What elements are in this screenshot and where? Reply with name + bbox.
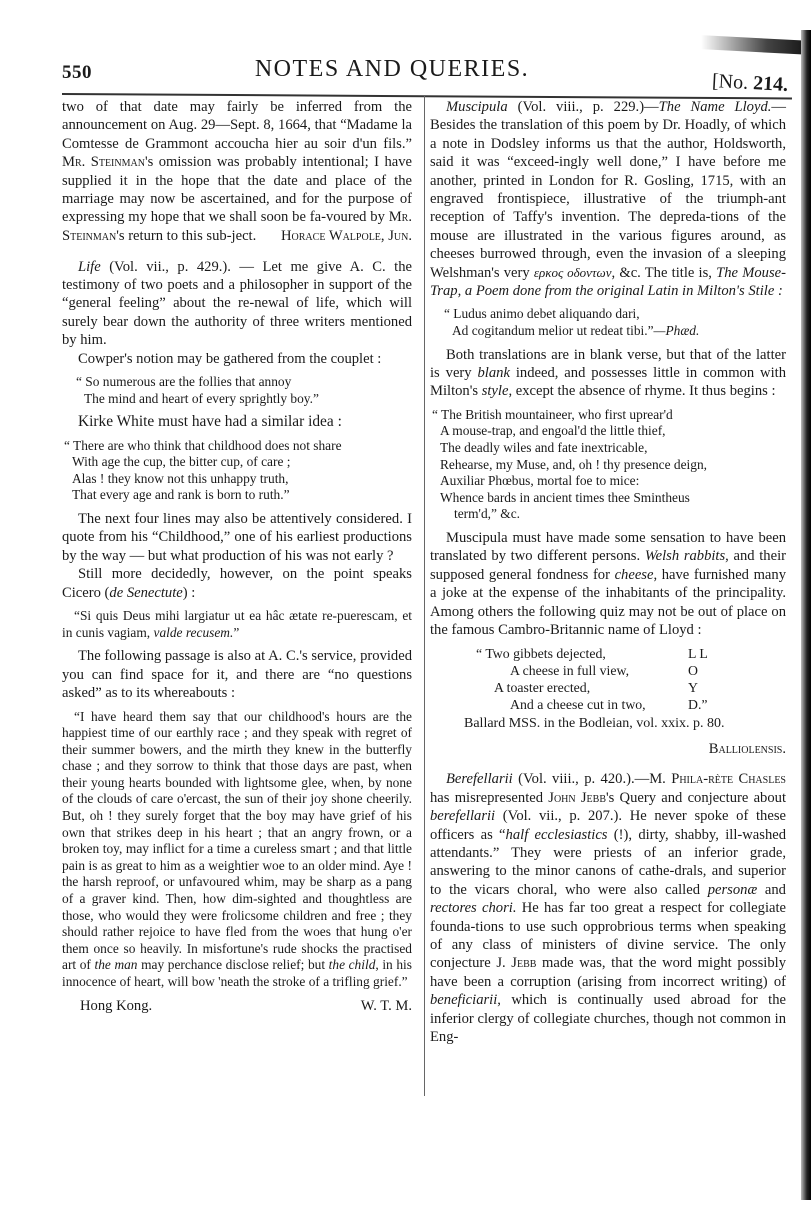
text: ” [233, 625, 239, 640]
berefellarii-article: Berefellarii (Vol. viii., p. 420.).—M. P… [430, 770, 786, 1046]
page-header: 550 NOTES AND QUERIES. [No. 214. [62, 56, 798, 92]
article-title: Muscipula [446, 99, 508, 115]
quiz-row: A cheese in full view,O [476, 662, 786, 679]
text: , except the absence of rhyme. It thus b… [508, 383, 775, 399]
text: has misrepresented [430, 790, 548, 806]
verse-line: With age the cup, the bitter cup, of car… [64, 454, 412, 471]
english-verse: “ The British mountaineer, who first upr… [432, 407, 786, 523]
text: Welsh rabbits [645, 548, 725, 564]
text: beneficiarii [430, 992, 497, 1008]
life-article-intro: Life (Vol. vii., p. 429.). — Let me give… [62, 258, 412, 350]
text: the child [329, 957, 376, 972]
kirke-intro: Kirke White must have had a similar idea… [62, 413, 412, 431]
page-curl-shadow [701, 35, 811, 55]
signature-row: Hong Kong. W. T. M. [62, 997, 412, 1015]
verse-line: Rehearse, my Muse, and, oh ! thy presenc… [432, 457, 786, 474]
issue-prefix: [No. [711, 70, 748, 94]
article-title: Life [78, 259, 101, 275]
verse-attribution: —Phæd. [654, 323, 700, 338]
issue-value: 214. [752, 72, 788, 96]
article-title: Berefellarii [446, 771, 513, 787]
quiz-letters: L L [688, 645, 728, 662]
quiz-line: And a cheese cut in two, [476, 696, 688, 713]
cicero-quote: “Si quis Deus mihi largiatur ut ea hâc æ… [62, 608, 412, 641]
text: blank [478, 365, 510, 381]
quiz-letters: O [688, 662, 728, 679]
binding-shadow [801, 30, 811, 1200]
author-name: Jebb [511, 955, 536, 971]
text: cheese [615, 567, 654, 583]
latin-verse: “ Ludus animo debet aliquando dari, Ad c… [444, 306, 786, 339]
text: 's Query and conjecture about [606, 790, 786, 806]
quiz-row: “ Two gibbets dejected,L L [476, 645, 786, 662]
following-passage-para: The following passage is also at A. C.'s… [62, 647, 412, 702]
verse-line: term'd,” &c. [432, 506, 786, 523]
column-divider [424, 96, 425, 1096]
work-title: de Senectute [109, 585, 182, 601]
author-name: Mr. Steinman [62, 154, 145, 170]
verse-line: A mouse-trap, and engoal'd the little th… [432, 423, 786, 440]
verse-line: The mind and heart of every sprightly bo… [76, 391, 412, 408]
text: 's return to this sub-ject. [116, 228, 256, 244]
signature-wtm: W. T. M. [361, 997, 412, 1015]
verse-line: Alas ! they know not this unhappy truth, [64, 471, 412, 488]
text: personæ [708, 882, 757, 898]
quiz-line: A toaster erected, [476, 679, 688, 696]
issue-number: [No. 214. [711, 70, 788, 97]
quiz-row: A toaster erected,Y [476, 679, 786, 696]
both-translations-para: Both translations are in blank verse, bu… [430, 346, 786, 401]
author-name: Phila-rète Chasles [671, 771, 786, 787]
place-hong-kong: Hong Kong. [62, 997, 152, 1015]
verse-line: The deadly wiles and fate inextricable, [432, 440, 786, 457]
cowper-intro: Cowper's notion may be gathered from the… [62, 350, 412, 368]
muscipula-article: Muscipula (Vol. viii., p. 229.)—The Name… [430, 98, 786, 300]
text: “I have heard them say that our childhoo… [62, 709, 412, 973]
cowper-verse: “ So numerous are the follies that annoy… [76, 374, 412, 407]
verse-line: “ Ludus animo debet aliquando dari, [444, 306, 786, 323]
text: two of that date may fairly be inferred … [62, 99, 412, 152]
text: rectores chori. [430, 900, 516, 916]
verse-line: Auxiliar Phœbus, mortal foe to mice: [432, 473, 786, 490]
walpole-continuation: two of that date may fairly be inferred … [62, 98, 412, 245]
verse-line: “ The British mountaineer, who first upr… [432, 407, 786, 424]
running-title: NOTES AND QUERIES. [62, 56, 722, 83]
verse-line: Ad cogitandum melior ut redeat tibi.” [452, 323, 654, 338]
childhood-quote: “I have heard them say that our childhoo… [62, 709, 412, 991]
next-four-lines-para: The next four lines may also be attentiv… [62, 510, 412, 565]
quiz-letters: Y [688, 679, 728, 696]
verse-line: “ So numerous are the follies that annoy [76, 374, 412, 391]
quiz-row: And a cheese cut in two,D.” [476, 696, 786, 713]
text: (Vol. vii., p. 429.). — Let me give A. C… [62, 259, 412, 349]
verse-line: That every age and rank is born to ruth.… [64, 487, 412, 504]
text: , &c. The title is, [612, 265, 717, 281]
text: valde recusem. [154, 625, 234, 640]
author-name: John Jebb [548, 790, 606, 806]
text: the man [94, 957, 137, 972]
text: half ecclesiastics [506, 827, 608, 843]
sensation-para: Muscipula must have made some sensation … [430, 529, 786, 639]
text: (Vol. viii., p. 229.)— [508, 99, 659, 115]
kirke-verse: “ There are who think that childhood doe… [64, 438, 412, 504]
cicero-intro: Still more decidedly, however, on the po… [62, 565, 412, 602]
quiz-line: “ Two gibbets dejected, [476, 645, 688, 662]
text: may perchance disclose relief; but [138, 957, 329, 972]
verse-line: “ There are who think that childhood doe… [64, 438, 412, 455]
quiz-line: A cheese in full view, [476, 662, 688, 679]
left-column: two of that date may fairly be inferred … [62, 98, 412, 1015]
verse-line: Whence bards in ancient times thee Smint… [432, 490, 786, 507]
text: ) : [183, 585, 196, 601]
lloyd-quiz: “ Two gibbets dejected,L L A cheese in f… [476, 645, 786, 713]
text: style [482, 383, 509, 399]
quiz-source: Ballard MSS. in the Bodleian, vol. xxix.… [430, 715, 786, 733]
right-column: Muscipula (Vol. viii., p. 229.)—The Name… [430, 98, 786, 1046]
signature-balliolensis: Balliolensis. [430, 740, 786, 758]
quiz-letters: D.” [688, 696, 728, 713]
text: berefellarii [430, 808, 495, 824]
article-subtitle: The Name Lloyd. [659, 99, 772, 115]
text: (Vol. viii., p. 420.).—M. [513, 771, 671, 787]
greek-phrase: ερκος οδοντων [534, 265, 612, 280]
scanned-page: 550 NOTES AND QUERIES. [No. 214. two of … [0, 0, 811, 1208]
text: — Besides the translation of this poem b… [430, 99, 786, 281]
text: and [757, 882, 786, 898]
